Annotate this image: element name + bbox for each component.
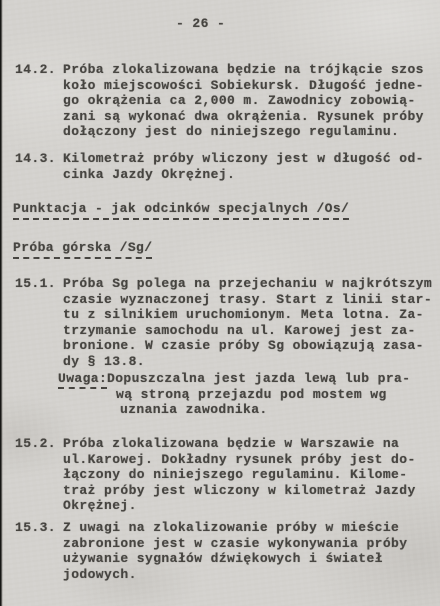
text-line: łączony do niniejszego regulaminu. Kilom… — [63, 467, 416, 483]
text-line: Dopuszczalna jest jazda lewą lub pra- — [107, 371, 410, 387]
paragraph-15-2: 15.2. Próba zlokalizowana będzie w Warsz… — [15, 436, 416, 514]
scan-edge-left — [0, 0, 3, 606]
note-block-uwaga: Uwaga: Dopuszczalna jest jazda lewą lub … — [58, 371, 410, 418]
section-heading-proba-gorska: Próba górska /Sg/ — [13, 240, 152, 259]
heading-text: Punktacja - jak odcinków specjalnych /Os… — [13, 201, 349, 220]
text-line: używanie sygnałów dźwiękowych i świateł — [63, 551, 407, 567]
text-line: ul.Karowej. Dokładny rysunek próby jest … — [63, 452, 416, 468]
text-line: zani są wykonać dwa okrążenia. Rysunek p… — [63, 109, 424, 125]
paragraph-text: Kilometraż próby wliczony jest w długość… — [63, 151, 424, 182]
text-line: Z uwagi na zlokalizowanie próby w mieści… — [63, 520, 407, 536]
text-line: traż próby jest wliczony w kilometraż Ja… — [63, 483, 416, 499]
text-line: Kilometraż próby wliczony jest w długość… — [63, 151, 424, 167]
paragraph-text: Próba Sg polega na przejechaniu w najkró… — [63, 276, 432, 369]
text-line: wą stroną przejazdu pod mostem wg — [116, 387, 410, 403]
text-line: zabronione jest w czasie wykonywania pró… — [63, 536, 407, 552]
text-line: Próba Sg polega na przejechaniu w najkró… — [63, 276, 432, 292]
paragraph-text: Z uwagi na zlokalizowanie próby w mieści… — [63, 520, 407, 582]
text-line: trzymanie samochodu na ul. Karowej jest … — [63, 323, 432, 339]
text-line: cinka Jazdy Okrężnej. — [63, 167, 424, 183]
text-line: dołączony jest do niniejszego regulaminu… — [63, 124, 424, 140]
paragraph-15-3: 15.3. Z uwagi na zlokalizowanie próby w … — [15, 520, 407, 582]
paragraph-text: Próba zlokalizowana będzie w Warszawie n… — [63, 436, 416, 514]
note-label: Uwaga: — [58, 371, 107, 389]
text-line: Próba zlokalizowana będzie w Warszawie n… — [63, 436, 416, 452]
section-heading-punktacja: Punktacja - jak odcinków specjalnych /Os… — [13, 201, 349, 220]
text-line: dy § 13.8. — [63, 354, 432, 370]
paragraph-14-2: 14.2. Próba zlokalizowana będzie na trój… — [15, 62, 424, 140]
text-line: bronione. W czasie próby Sg obowiązują z… — [63, 338, 432, 354]
text-line: Próba zlokalizowana będzie na trójkącie … — [63, 62, 424, 78]
item-number: 14.2. — [15, 62, 63, 78]
text-line: tu z silnikiem uruchomionym. Meta lotna.… — [63, 307, 432, 323]
text-line: uznania zawodnika. — [120, 402, 410, 418]
item-number: 14.3. — [15, 151, 63, 167]
text-line: Okrężnej. — [63, 498, 416, 514]
paragraph-15-1: 15.1. Próba Sg polega na przejechaniu w … — [15, 276, 432, 369]
paragraph-text: Próba zlokalizowana będzie na trójkącie … — [63, 62, 424, 140]
document-page: - 26 - 14.2. Próba zlokalizowana będzie … — [0, 0, 440, 606]
text-line: czasie wyznaczonej trasy. Start z linii … — [63, 292, 432, 308]
text-line: go okrążenia ca 2,000 m. Zawodnicy zobow… — [63, 93, 424, 109]
item-number: 15.3. — [15, 520, 63, 536]
text-line: jodowych. — [63, 567, 407, 583]
item-number: 15.1. — [15, 276, 63, 292]
page-number: - 26 - — [176, 16, 225, 32]
heading-text: Próba górska /Sg/ — [13, 240, 152, 259]
text-line: koło miejscowości Sobiekursk. Długość je… — [63, 78, 424, 94]
note-label-text: Uwaga: — [58, 371, 107, 389]
paragraph-14-3: 14.3. Kilometraż próby wliczony jest w d… — [15, 151, 424, 182]
note-text: Dopuszczalna jest jazda lewą lub pra- wą… — [107, 371, 410, 418]
item-number: 15.2. — [15, 436, 63, 452]
